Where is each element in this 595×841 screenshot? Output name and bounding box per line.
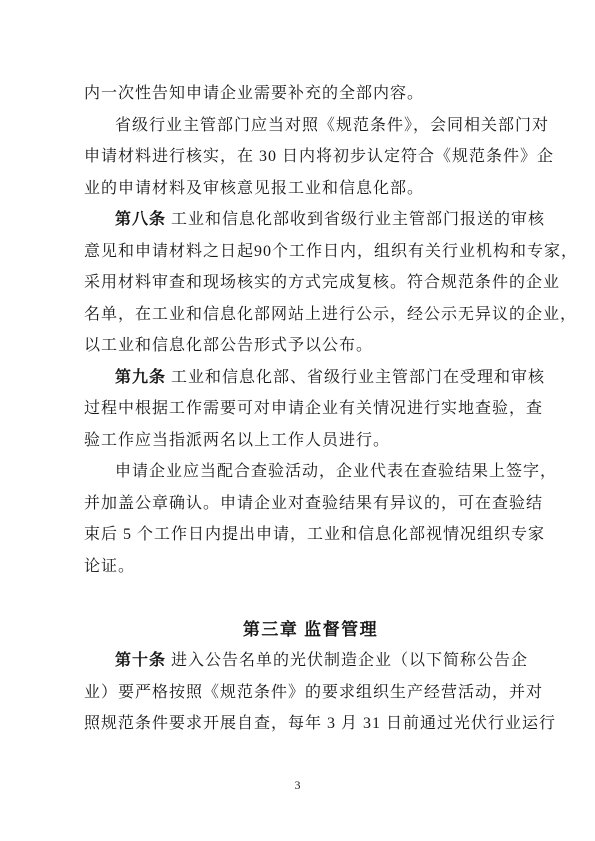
text-line: 意见和申请材料之日起90个工作日内，组织有关行业机构和专家， [84, 236, 537, 268]
text-line: 申请企业应当配合查验活动，企业代表在查验结果上签字， [84, 456, 537, 488]
text-run: 省级行业主管部门应当对照《规范条件》，会同相关部门对 [115, 117, 549, 134]
text-line: 束后 5 个工作日内提出申请，工业和信息化部视情况组织专家 [84, 519, 537, 551]
text-line: 以工业和信息化部公告形式予以公布。 [84, 330, 537, 362]
text-line: 论证。 [84, 551, 537, 583]
text-line: 申请材料进行核实，在 30 日内将初步认定符合《规范条件》企 [84, 141, 537, 173]
chapter-heading: 第三章 监督管理 [84, 614, 537, 646]
text-run: 束后 5 个工作日内提出申请，工业和信息化部视情况组织专家 [84, 526, 545, 543]
text-line: 第十条 进入公告名单的光伏制造企业（以下简称公告企 [84, 645, 537, 677]
document-body: 内一次性告知申请企业需要补充的全部内容。 省级行业主管部门应当对照《规范条件》，… [84, 78, 537, 740]
text-run: 名单，在工业和信息化部网站上进行公示，经公示无异议的企业， [84, 306, 577, 323]
text-line: 业的申请材料及审核意见报工业和信息化部。 [84, 173, 537, 205]
text-line: 验工作应当指派两名以上工作人员进行。 [84, 425, 537, 457]
text-run: 业）要严格按照《规范条件》的要求组织生产经营活动，并对 [84, 684, 543, 701]
text-line: 并加盖公章确认。申请企业对查验结果有异议的，可在查验结 [84, 488, 537, 520]
text-line: 第九条 工业和信息化部、省级行业主管部门在受理和审核 [84, 362, 537, 394]
text-run: 意见和申请材料之日起90个工作日内，组织有关行业机构和专家， [84, 243, 578, 260]
article-number: 第八条 [115, 211, 166, 228]
text-line: 省级行业主管部门应当对照《规范条件》，会同相关部门对 [84, 110, 537, 142]
text-run: 工业和信息化部收到省级行业主管部门报送的审核 [166, 211, 545, 228]
text-run: 内一次性告知申请企业需要补充的全部内容。 [84, 85, 424, 102]
text-line: 内一次性告知申请企业需要补充的全部内容。 [84, 78, 537, 110]
page-number: 3 [0, 777, 595, 793]
text-line: 名单，在工业和信息化部网站上进行公示，经公示无异议的企业， [84, 299, 537, 331]
text-run: 工业和信息化部、省级行业主管部门在受理和审核 [166, 369, 545, 386]
text-line: 采用材料审查和现场核实的方式完成复核。符合规范条件的企业 [84, 267, 537, 299]
document-page: 内一次性告知申请企业需要补充的全部内容。 省级行业主管部门应当对照《规范条件》，… [0, 0, 595, 841]
text-run: 以工业和信息化部公告形式予以公布。 [84, 337, 373, 354]
text-run: 申请企业应当配合查验活动，企业代表在查验结果上签字， [115, 463, 557, 480]
text-run: 业的申请材料及审核意见报工业和信息化部。 [84, 180, 424, 197]
text-run: 进入公告名单的光伏制造企业（以下简称公告企 [166, 652, 528, 669]
text-run: 照规范条件要求开展自查，每年 3 月 31 日前通过光伏行业运行 [84, 715, 556, 732]
text-run: 验工作应当指派两名以上工作人员进行。 [84, 432, 390, 449]
text-run: 论证。 [84, 558, 135, 575]
text-line: 照规范条件要求开展自查，每年 3 月 31 日前通过光伏行业运行 [84, 708, 537, 740]
article-number: 第九条 [115, 369, 166, 386]
text-line: 第八条 工业和信息化部收到省级行业主管部门报送的审核 [84, 204, 537, 236]
text-line: 过程中根据工作需要可对申请企业有关情况进行实地查验，查 [84, 393, 537, 425]
article-number: 第十条 [115, 652, 166, 669]
text-line: 业）要严格按照《规范条件》的要求组织生产经营活动，并对 [84, 677, 537, 709]
text-run: 并加盖公章确认。申请企业对查验结果有异议的，可在查验结 [84, 495, 543, 512]
text-run: 申请材料进行核实，在 30 日内将初步认定符合《规范条件》企 [84, 148, 554, 165]
text-run: 过程中根据工作需要可对申请企业有关情况进行实地查验，查 [84, 400, 543, 417]
text-run: 采用材料审查和现场核实的方式完成复核。符合规范条件的企业 [84, 274, 560, 291]
